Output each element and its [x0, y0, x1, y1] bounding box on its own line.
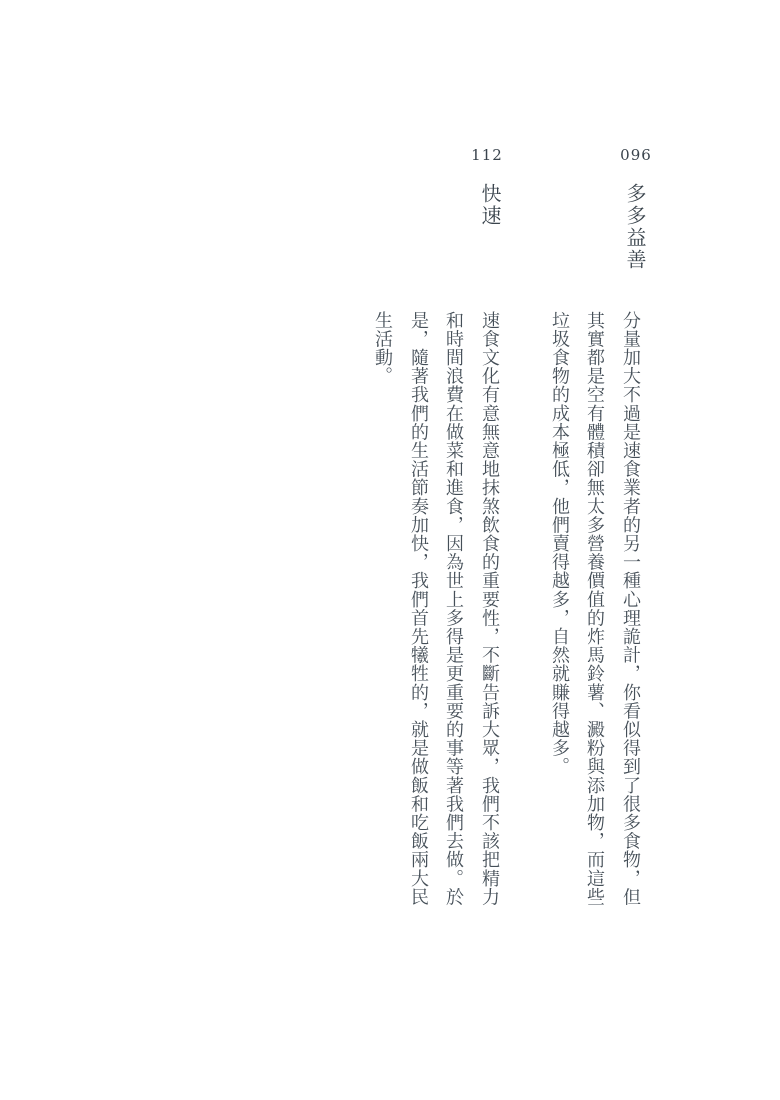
text-column: 垃圾食物的成本極低，他們賣得越多，自然就賺得越多。	[542, 311, 577, 911]
text-column: 和時間浪費在做菜和進食，因為世上多得是更重要的事等著我們去做。於	[436, 311, 471, 911]
text-column: 分量加大不過是速食業者的另一種心理詭計，你看似得到了很多食物，但	[613, 311, 648, 911]
text-column: 其實都是空有體積卻無太多營養價值的炸馬鈴薯、澱粉與添加物，而這些	[577, 311, 612, 911]
chapter-title-left: 快速	[477, 183, 503, 227]
text-column: 是，隨著我們的生活節奏加快，我們首先犧牲的，就是做飯和吃飯兩大民	[401, 311, 436, 911]
chapter-title-right: 多多益善	[622, 183, 648, 271]
book-page: 096 多多益善 112 快速 分量加大不過是速食業者的另一種心理詭計，你看似得…	[0, 0, 780, 1100]
page-number-left: 112	[471, 148, 503, 163]
page-number-right: 096	[620, 148, 652, 163]
text-column: 生活動。	[365, 311, 400, 911]
text-column: 速食文化有意無意地抹煞飲食的重要性，不斷告訴大眾，我們不該把精力	[472, 311, 507, 911]
